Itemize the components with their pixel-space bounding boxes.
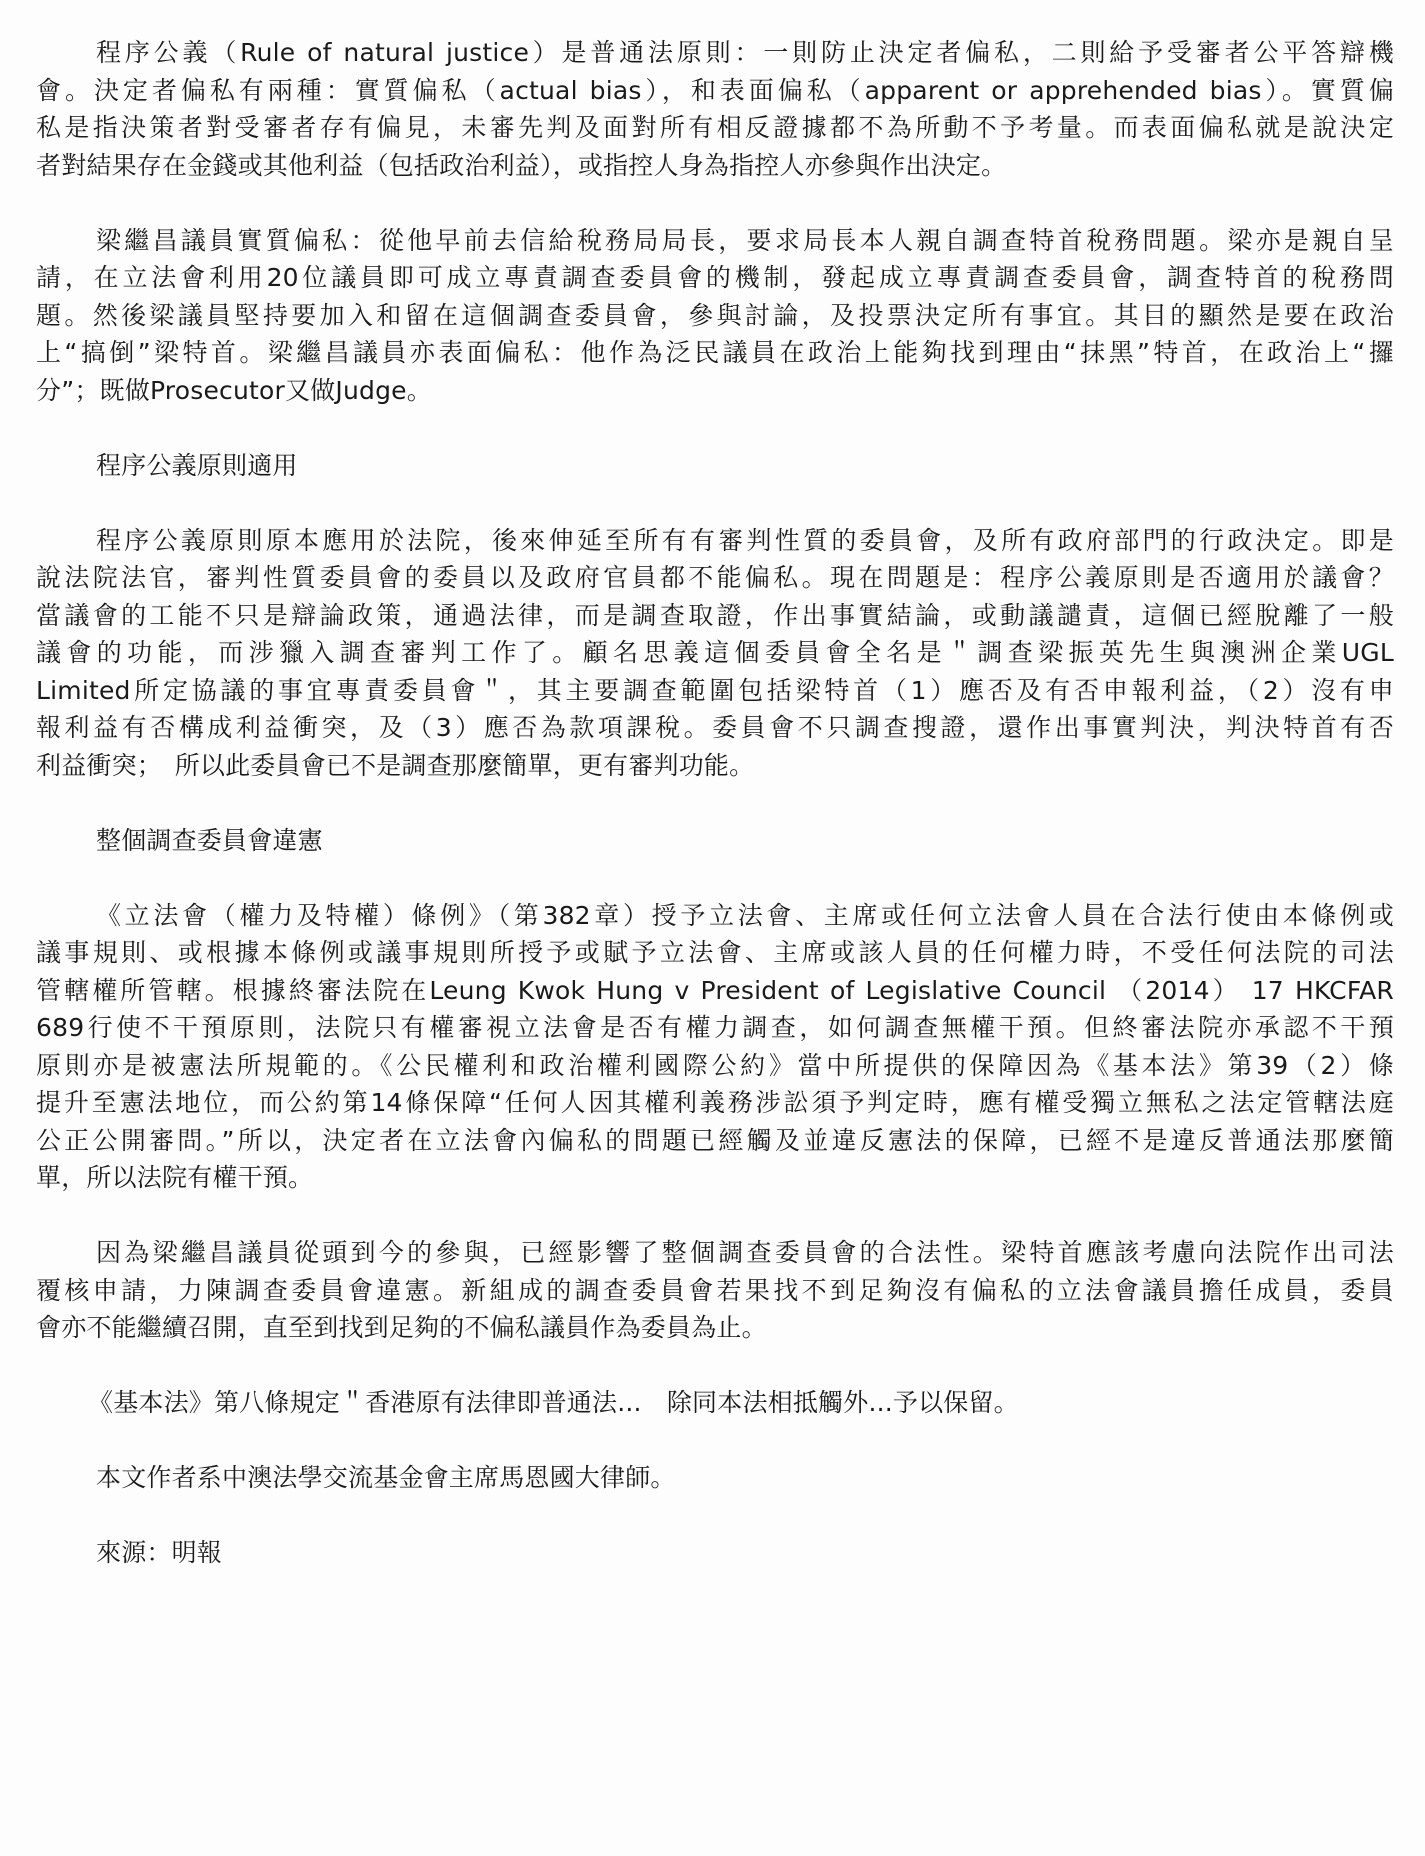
- text-line: 會。決定者偏私有兩種：實質偏私（actual bias），和表面偏私（appar…: [36, 72, 1394, 110]
- paragraph-gap: [36, 784, 1394, 822]
- text-line: 《基本法》第八條規定＂香港原有法律即普通法... 除同本法相抵觸外...予以保留…: [36, 1384, 1394, 1422]
- paragraph-gap: [36, 184, 1394, 222]
- section-heading-application: 程序公義原則適用: [36, 447, 1394, 485]
- paragraph-gap: [36, 859, 1394, 897]
- text-line: 說法院法官，審判性質委員會的委員以及政府官員都不能偏私。現在問題是：程序公義原則…: [36, 559, 1394, 597]
- section-heading-text: 程序公義原則適用: [36, 447, 1394, 485]
- paragraph-basic-law-quote: 《基本法》第八條規定＂香港原有法律即普通法... 除同本法相抵觸外...予以保留…: [36, 1384, 1394, 1422]
- text-line: 當議會的工能不只是辯論政策，通過法律，而是調查取證，作出事實結論，或動議譴責，這…: [36, 597, 1394, 635]
- text-line: 程序公義原則原本應用於法院，後來伸延至所有有審判性質的委員會，及所有政府部門的行…: [36, 522, 1394, 560]
- text-line: 原則亦是被憲法所規範的。《公民權利和政治權利國際公約》當中所提供的保障因為《基本…: [36, 1047, 1394, 1085]
- paragraph-gap: [36, 484, 1394, 522]
- text-line: 梁繼昌議員實質偏私：從他早前去信給稅務局局長，要求局長本人親自調查特首稅務問題。…: [36, 222, 1394, 260]
- section-heading-text: 整個調查委員會違憲: [36, 822, 1394, 860]
- paragraph-gap: [36, 1197, 1394, 1235]
- text-line: 會亦不能繼續召開，直至到找到足夠的不偏私議員作為委員為止。: [36, 1309, 1394, 1347]
- text-line: 提升至憲法地位，而公約第14條保障“任何人因其權利義務涉訟須予判定時，應有權受獨…: [36, 1084, 1394, 1122]
- text-line: 議事規則、或根據本條例或議事規則所授予或賦予立法會、主席或該人員的任何權力時，不…: [36, 934, 1394, 972]
- text-line: 公正公開審問。”所以，決定者在立法會內偏私的問題已經觸及並違反憲法的保障，已經不…: [36, 1122, 1394, 1160]
- text-line: 利益衝突； 所以此委員會已不是調查那麼簡單，更有審判功能。: [36, 747, 1394, 785]
- text-line: 《立法會（權力及特權）條例》（第382章）授予立法會、主席或任何立法會人員在合法…: [36, 897, 1394, 935]
- text-line: 議會的功能，而涉獵入調查審判工作了。顧名思義這個委員會全名是＂調查梁振英先生與澳…: [36, 634, 1394, 672]
- text-line: 上“搞倒”梁特首。梁繼昌議員亦表面偏私：他作為泛民議員在政治上能夠找到理由“抹黑…: [36, 334, 1394, 372]
- text-line: 報利益有否構成利益衝突，及（3）應否為款項課稅。委員會不只調查搜證，還作出事實判…: [36, 709, 1394, 747]
- paragraph-conclusion: 因為梁繼昌議員從頭到今的參與，已經影響了整個調查委員會的合法性。梁特首應該考慮向…: [36, 1234, 1394, 1347]
- text-line: 因為梁繼昌議員從頭到今的參與，已經影響了整個調查委員會的合法性。梁特首應該考慮向…: [36, 1234, 1394, 1272]
- source-attribution: 來源：明報: [36, 1534, 1394, 1572]
- text-line: 分”；既做Prosecutor又做Judge。: [36, 372, 1394, 410]
- author-text: 本文作者系中澳法學交流基金會主席馬恩國大律師。: [36, 1459, 1394, 1497]
- article-body: 程序公義（Rule of natural justice）是普通法原則：一則防止…: [36, 34, 1394, 1572]
- paragraph-gap: [36, 409, 1394, 447]
- text-line: 程序公義（Rule of natural justice）是普通法原則：一則防止…: [36, 34, 1394, 72]
- text-line: 私是指決策者對受審者存有偏見，未審先判及面對所有相反證據都不為所動不予考量。而表…: [36, 109, 1394, 147]
- text-line: 管轄權所管轄。根據終審法院在Leung Kwok Hung v Presiden…: [36, 972, 1394, 1010]
- paragraph-gap: [36, 1347, 1394, 1385]
- text-line: 請，在立法會利用20位議員即可成立專責調查委員會的機制，發起成立專責調查委員會，…: [36, 259, 1394, 297]
- text-line: 覆核申請，力陳調查委員會違憲。新組成的調查委員會若果找不到足夠沒有偏私的立法會議…: [36, 1272, 1394, 1310]
- paragraph-leung-bias: 梁繼昌議員實質偏私：從他早前去信給稅務局局長，要求局長本人親自調查特首稅務問題。…: [36, 222, 1394, 410]
- author-attribution: 本文作者系中澳法學交流基金會主席馬恩國大律師。: [36, 1459, 1394, 1497]
- paragraph-gap: [36, 1497, 1394, 1535]
- paragraph-gap: [36, 1422, 1394, 1460]
- source-text: 來源：明報: [36, 1534, 1394, 1572]
- text-line: 者對結果存在金錢或其他利益（包括政治利益），或指控人身為指控人亦參與作出決定。: [36, 147, 1394, 185]
- section-heading-unconstitutional: 整個調查委員會違憲: [36, 822, 1394, 860]
- text-line: Limited所定協議的事宜專責委員會＂，其主要調查範圍包括梁特首（1）應否及有…: [36, 672, 1394, 710]
- paragraph-natural-justice-intro: 程序公義（Rule of natural justice）是普通法原則：一則防止…: [36, 34, 1394, 184]
- text-line: 689行使不干預原則，法院只有權審視立法會是否有權力調查，如何調查無權干預。但終…: [36, 1009, 1394, 1047]
- text-line: 單，所以法院有權干預。: [36, 1159, 1394, 1197]
- paragraph-application: 程序公義原則原本應用於法院，後來伸延至所有有審判性質的委員會，及所有政府部門的行…: [36, 522, 1394, 785]
- text-line: 題。然後梁議員堅持要加入和留在這個調查委員會，參與討論，及投票決定所有事宜。其目…: [36, 297, 1394, 335]
- paragraph-unconstitutional: 《立法會（權力及特權）條例》（第382章）授予立法會、主席或任何立法會人員在合法…: [36, 897, 1394, 1197]
